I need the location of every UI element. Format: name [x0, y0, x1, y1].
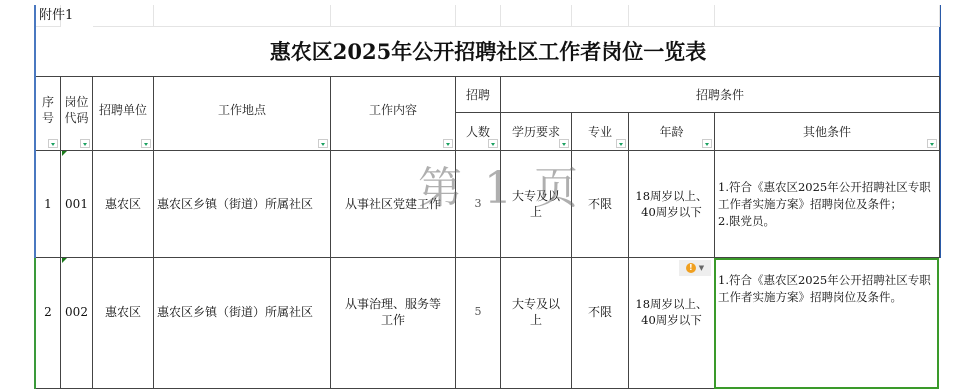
filter-dropdown-icon[interactable] — [559, 139, 569, 148]
empty-cell[interactable] — [715, 5, 940, 27]
cell-education[interactable]: 大专及以上 — [501, 151, 572, 258]
cell-location[interactable]: 惠农区乡镇（街道）所属社区 — [154, 258, 331, 389]
filter-dropdown-icon[interactable] — [927, 139, 937, 148]
filter-dropdown-icon[interactable] — [702, 139, 712, 148]
filter-dropdown-icon[interactable] — [443, 139, 453, 148]
header-seq-label: 序号 — [41, 94, 55, 126]
cell-other-conditions[interactable]: 1.符合《惠农区2025年公开招聘社区专职工作者实施方案》招聘岗位及条件； 2.… — [715, 151, 940, 258]
cell-code[interactable]: 002 — [61, 258, 93, 389]
cell-unit[interactable]: 惠农区 — [93, 151, 154, 258]
cell-major[interactable]: 不限 — [572, 151, 629, 258]
header-seq[interactable]: 序号 — [36, 77, 61, 151]
cell-content[interactable]: 从事治理、服务等工作 — [331, 258, 456, 389]
filter-dropdown-icon[interactable] — [48, 139, 58, 148]
text-number-indicator-icon — [62, 258, 67, 263]
header-recruit-top[interactable]: 招聘 — [456, 77, 501, 113]
text-number-indicator-icon — [62, 151, 67, 156]
page-title[interactable]: 惠农区2025年公开招聘社区工作者岗位一览表 — [36, 27, 940, 77]
header-count-label: 人数 — [466, 124, 490, 140]
empty-cell[interactable] — [456, 5, 501, 27]
empty-cell[interactable] — [93, 5, 154, 27]
error-checking-button[interactable]: ! ▼ — [679, 260, 711, 276]
header-education[interactable]: 学历要求 — [501, 113, 572, 151]
header-content-label: 工作内容 — [369, 102, 417, 118]
cell-age[interactable]: 18周岁以上、40周岁以下 — [629, 258, 715, 389]
header-location[interactable]: 工作地点 — [154, 77, 331, 151]
cell-count[interactable]: 3 — [456, 151, 501, 258]
cell-code[interactable]: 001 — [61, 151, 93, 258]
chevron-down-icon: ▼ — [699, 264, 704, 272]
header-content[interactable]: 工作内容 — [331, 77, 456, 151]
empty-cell[interactable] — [331, 5, 456, 27]
header-age[interactable]: 年龄 — [629, 113, 715, 151]
cell-unit[interactable]: 惠农区 — [93, 258, 154, 389]
header-code-label: 岗位代码 — [64, 94, 90, 126]
filter-dropdown-icon[interactable] — [141, 139, 151, 148]
header-count[interactable]: 人数 — [456, 113, 501, 151]
empty-cell[interactable] — [501, 5, 572, 27]
header-other[interactable]: 其他条件 — [715, 113, 940, 151]
empty-cell[interactable] — [572, 5, 629, 27]
cell-major[interactable]: 不限 — [572, 258, 629, 389]
header-other-label: 其他条件 — [803, 124, 851, 140]
cell-count[interactable]: 5 — [456, 258, 501, 389]
error-warning-icon: ! — [686, 263, 696, 273]
filter-dropdown-icon[interactable] — [318, 139, 328, 148]
header-unit[interactable]: 招聘单位 — [93, 77, 154, 151]
empty-cell[interactable] — [629, 5, 715, 27]
header-age-label: 年龄 — [659, 124, 683, 140]
empty-cell[interactable] — [154, 5, 331, 27]
filter-dropdown-icon[interactable] — [488, 139, 498, 148]
filter-dropdown-icon[interactable] — [80, 139, 90, 148]
cell-content[interactable]: 从事社区党建工作 — [331, 151, 456, 258]
cell-location[interactable]: 惠农区乡镇（街道）所属社区 — [154, 151, 331, 258]
header-major[interactable]: 专业 — [572, 113, 629, 151]
annex-label: 附件1 — [36, 5, 61, 27]
header-education-label: 学历要求 — [512, 124, 560, 140]
header-code[interactable]: 岗位代码 — [61, 77, 93, 151]
header-unit-label: 招聘单位 — [99, 102, 147, 118]
header-major-label: 专业 — [588, 124, 612, 140]
cell-seq[interactable]: 2 — [36, 258, 61, 389]
cell-education[interactable]: 大专及以上 — [501, 258, 572, 389]
cell-age[interactable]: 18周岁以上、40周岁以下 — [629, 151, 715, 258]
cell-seq[interactable]: 1 — [36, 151, 61, 258]
active-cell-selection — [714, 258, 939, 389]
header-location-label: 工作地点 — [218, 102, 266, 118]
filter-dropdown-icon[interactable] — [616, 139, 626, 148]
header-conditions[interactable]: 招聘条件 — [501, 77, 940, 113]
